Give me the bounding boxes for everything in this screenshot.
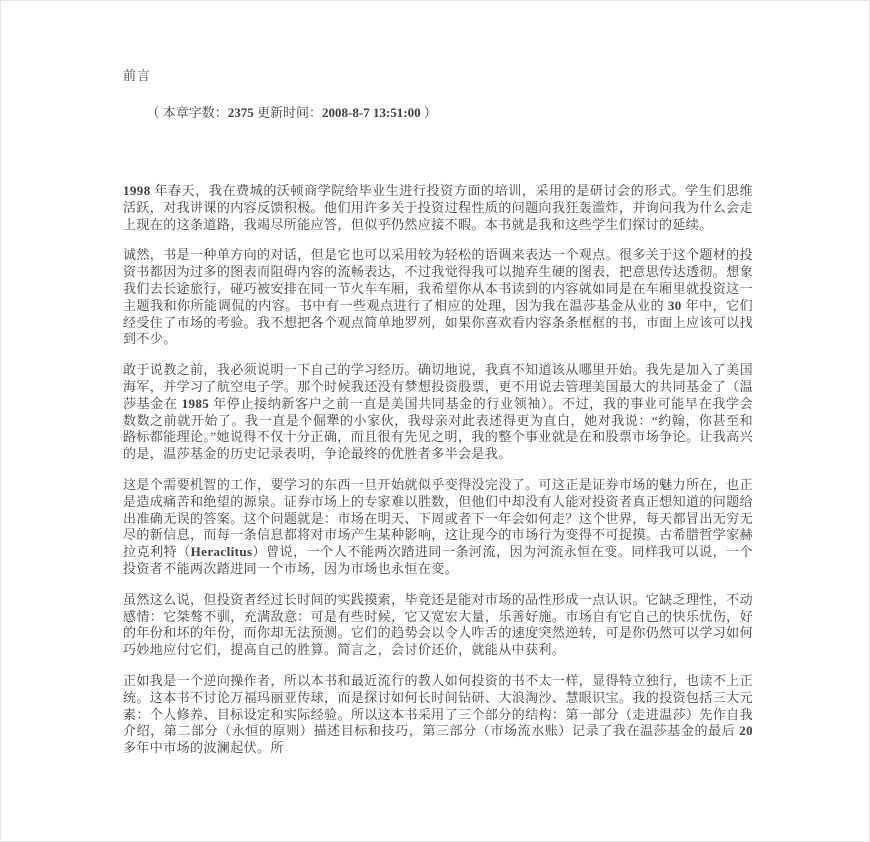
body-paragraph: 1998 年春天，我在费城的沃顿商学院给毕业生进行投资方面的培训，采用的是研讨会… <box>123 183 753 233</box>
chapter-meta: （ 本章字数：2375 更新时间：2008-8-7 13:51:00 ） <box>123 87 753 138</box>
body-paragraph: 诚然，书是一种单方向的对话，但是它也可以采用较为轻松的语调来表达一个观点。很多关… <box>123 247 753 348</box>
meta-bracket-open: （ <box>147 105 163 120</box>
word-count-value: 2375 <box>228 105 254 120</box>
chapter-content: 前言 （ 本章字数：2375 更新时间：2008-8-7 13:51:00 ） … <box>123 67 753 757</box>
update-time-label: 更新时间： <box>254 105 322 120</box>
body-paragraph: 这是个需要机智的工作，要学习的东西一旦开始就似乎变得没完没了。可这正是证券市场的… <box>123 477 753 578</box>
document-page: 前言 （ 本章字数：2375 更新时间：2008-8-7 13:51:00 ） … <box>0 0 870 842</box>
update-time-value: 2008-8-7 13:51:00 <box>322 105 421 120</box>
word-count-label: 本章字数： <box>163 105 228 120</box>
body-paragraph: 敢于说教之前，我必须说明一下自己的学习经历。确切地说，我真不知道该从哪里开始。我… <box>123 362 753 463</box>
body-paragraph: 正如我是一个逆向操作者，所以本书和最近流行的教人如何投资的书不太一样，显得特立独… <box>123 673 753 757</box>
chapter-title: 前言 <box>123 67 753 84</box>
chapter-body: 1998 年春天，我在费城的沃顿商学院给毕业生进行投资方面的培训，采用的是研讨会… <box>123 183 753 757</box>
body-paragraph: 虽然这么说，但投资者经过长时间的实践摸索，毕竟还是能对市场的品性形成一点认识。它… <box>123 592 753 659</box>
meta-bracket-close: ） <box>421 105 437 120</box>
